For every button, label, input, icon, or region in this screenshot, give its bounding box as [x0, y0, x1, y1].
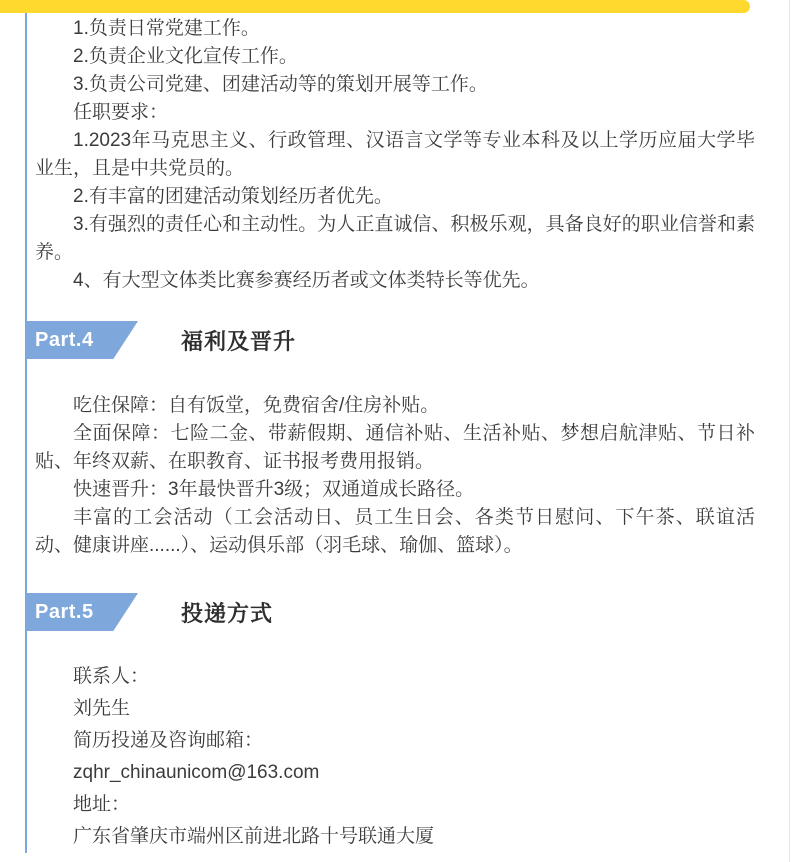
- duty-item: 1.负责日常党建工作。: [35, 15, 755, 43]
- benefits-section: 吃住保障：自有饭堂，免费宿舍/住房补贴。 全面保障：七险二金、带薪假期、通信补贴…: [27, 392, 755, 560]
- part4-title: 福利及晋升: [181, 325, 296, 356]
- requirement-item: 1.2023年马克思主义、行政管理、汉语言文学等专业本科及以上学历应届大学毕业生…: [35, 127, 755, 183]
- contact-name: 刘先生: [35, 693, 755, 725]
- section-header-part5: Part.5 投递方式: [25, 593, 767, 631]
- benefit-paragraph: 快速晋升：3年最快晋升3级；双通道成长路径。: [35, 476, 755, 504]
- contact-address-label: 地址：: [35, 789, 755, 821]
- part5-badge-label: Part.5: [35, 601, 94, 624]
- contact-label: 联系人：: [35, 661, 755, 693]
- right-border-line: [789, 0, 790, 862]
- duties-and-requirements-section: 1.负责日常党建工作。 2.负责企业文化宣传工作。 3.负责公司党建、团建活动等…: [27, 15, 755, 295]
- benefit-paragraph: 全面保障：七险二金、带薪假期、通信补贴、生活补贴、梦想启航津贴、节日补贴、年终双…: [35, 420, 755, 476]
- part5-title: 投递方式: [181, 597, 273, 628]
- requirement-item: 2.有丰富的团建活动策划经历者优先。: [35, 183, 755, 211]
- benefit-paragraph: 吃住保障：自有饭堂，免费宿舍/住房补贴。: [35, 392, 755, 420]
- requirement-item: 3.有强烈的责任心和主动性。为人正直诚信、积极乐观，具备良好的职业信誉和素养。: [35, 211, 755, 267]
- benefit-paragraph: 丰富的工会活动（工会活动日、员工生日会、各类节日慰问、下午茶、联谊活动、健康讲座…: [35, 504, 755, 560]
- requirements-label: 任职要求：: [35, 99, 755, 127]
- contact-address: 广东省肇庆市端州区前进北路十号联通大厦: [35, 821, 755, 853]
- duty-item: 3.负责公司党建、团建活动等的策划开展等工作。: [35, 71, 755, 99]
- contact-email: zqhr_chinaunicom@163.com: [35, 757, 755, 789]
- contact-section: 联系人： 刘先生 简历投递及咨询邮箱： zqhr_chinaunicom@163…: [27, 661, 755, 853]
- top-accent-bar: [0, 0, 750, 13]
- article-content: 1.负责日常党建工作。 2.负责企业文化宣传工作。 3.负责公司党建、团建活动等…: [27, 13, 767, 853]
- part4-badge-label: Part.4: [35, 329, 94, 352]
- part5-badge: Part.5: [25, 593, 165, 631]
- contact-email-label: 简历投递及咨询邮箱：: [35, 725, 755, 757]
- duty-item: 2.负责企业文化宣传工作。: [35, 43, 755, 71]
- part4-badge: Part.4: [25, 321, 165, 359]
- requirement-item: 4、有大型文体类比赛参赛经历者或文体类特长等优先。: [35, 267, 755, 295]
- section-header-part4: Part.4 福利及晋升: [25, 321, 767, 359]
